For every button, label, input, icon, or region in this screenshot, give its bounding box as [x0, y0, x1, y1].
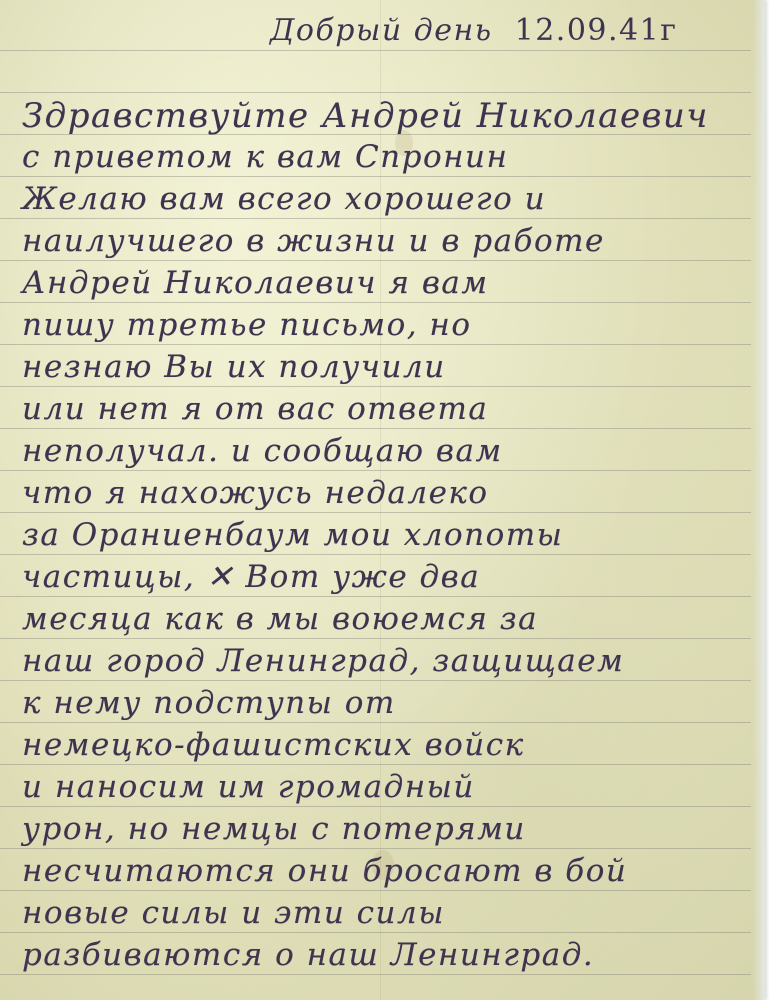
header-greeting: Добрый день: [270, 13, 493, 48]
letter-page: Добрый день12.09.41г Здравствуйте Андрей…: [0, 0, 765, 1000]
ruled-line: [0, 92, 751, 93]
header-date: 12.09.41г: [515, 13, 678, 48]
letter-header: Добрый день12.09.41г: [270, 8, 677, 58]
letter-line: разбиваются о наш Ленинград.: [22, 935, 747, 991]
